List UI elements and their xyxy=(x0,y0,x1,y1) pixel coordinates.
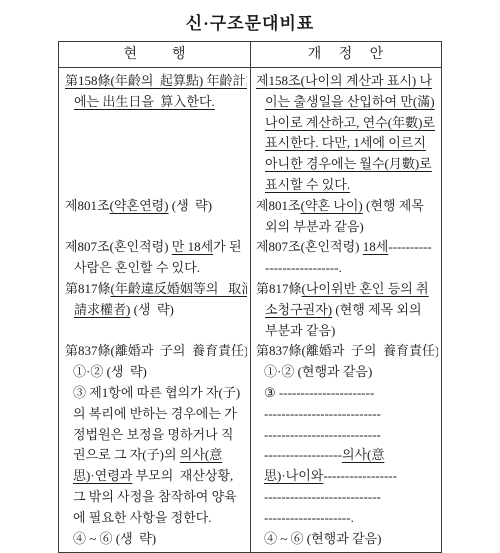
text-segment: 제807조(혼인적령) xyxy=(256,239,363,254)
paragraph: 第837條(離婚과 子의 養育責任) xyxy=(65,341,247,362)
cell-revised: 제807조(혼인적령) 18세---------- --------------… xyxy=(250,237,441,279)
text-segment: 第817條 xyxy=(256,281,302,296)
cell-revised: 제801조(약혼 나이) (현행 제목 외의 부분과 같음) xyxy=(250,196,441,238)
paragraph: 제807조(혼인적령) 18세---------- --------------… xyxy=(256,237,438,279)
cell-current: 제801조(약혼연령) (생 략) xyxy=(59,196,250,238)
paragraph: ③ ---------------------- ---------------… xyxy=(256,383,438,529)
paragraph: ①·② (생 략) xyxy=(65,362,247,383)
paragraph: 제801조(약혼연령) (생 략) xyxy=(65,196,247,217)
column-divider xyxy=(250,42,251,552)
text-segment: ①·② (생 략) xyxy=(73,364,147,379)
text-segment: (생 략) xyxy=(130,302,174,317)
text-segment: 제807조(혼인적령) xyxy=(65,239,172,254)
text-segment: ④ ~ ⑥ (생 략) xyxy=(73,531,156,546)
cell-revised: 第817條(나이위반 혼인 등의 취 소청구권자) (현행 제목 외의 부분과 … xyxy=(250,279,441,341)
paragraph: 第837條(離婚과 子의 養育責任) xyxy=(256,341,438,362)
underlined-text: (약혼연령) xyxy=(110,198,169,213)
text-segment: ①·② (현행과 같음) xyxy=(264,364,372,379)
underlined-text: 만 18세 xyxy=(172,239,213,254)
paragraph: 제158조(나이의 계산과 표시) 나 이는 출생일을 산입하여 만(滿) 나이… xyxy=(256,71,438,196)
text-segment: (생 략) xyxy=(169,198,213,213)
cell-current: 第837條(離婚과 子의 養育責任)①·② (생 략)③ 제1항에 따른 협의가… xyxy=(59,341,250,549)
paragraph: ③ 제1항에 따른 협의가 자(子) 의 복리에 반하는 경우에는 가 정법원은… xyxy=(65,383,247,529)
underlined-text: 제158조(나이의 계산과 표시) 나 이는 출생일을 산입하여 만(滿) 나이… xyxy=(256,73,435,192)
text-segment: ④ ~ ⑥ (현행과 같음) xyxy=(264,531,381,546)
text-segment: 제801조 xyxy=(65,198,110,213)
paragraph: 제807조(혼인적령) 만 18세가 된 사람은 혼인할 수 있다. xyxy=(65,237,247,279)
paragraph: ①·② (현행과 같음) xyxy=(256,362,438,383)
cell-revised: 제158조(나이의 계산과 표시) 나 이는 출생일을 산입하여 만(滿) 나이… xyxy=(250,71,441,196)
paragraph: 第817條(나이위반 혼인 등의 취 소청구권자) (현행 제목 외의 부분과 … xyxy=(256,279,438,341)
paragraph: 제801조(약혼 나이) (현행 제목 외의 부분과 같음) xyxy=(256,196,438,238)
column-header-revised: 개 정 안 xyxy=(250,42,441,67)
cell-current: 第158條(年齡의 起算點) 年齡計算 에는 出生日을 算入한다. xyxy=(59,71,250,196)
underlined-text: 18세 xyxy=(363,239,389,254)
paragraph: 第817條(年齡違反婚姻等의 取消 請求權者) (생 략) xyxy=(65,279,247,321)
text-segment: 第837條(離婚과 子의 養育責任) xyxy=(65,343,247,358)
cell-revised: 第837條(離婚과 子의 養育責任)①·② (현행과 같음)③ --------… xyxy=(250,341,441,549)
comparison-table: 현 행 개 정 안 第158條(年齡의 起算點) 年齡計算 에는 出生日을 算入… xyxy=(58,41,442,553)
cell-current: 第817條(年齡違反婚姻等의 取消 請求權者) (생 략) xyxy=(59,279,250,341)
column-header-current: 현 행 xyxy=(59,42,250,67)
underlined-text: 第158條(年齡의 起算點) 年齡計算 에는 出生日을 算入한다. xyxy=(65,73,247,109)
page-title: 신·구조문대비표 xyxy=(0,9,500,34)
text-segment: 第837條(離婚과 子의 養育責任) xyxy=(256,343,438,358)
paragraph: ④ ~ ⑥ (생 략) xyxy=(65,529,247,550)
paragraph: 第158條(年齡의 起算點) 年齡計算 에는 出生日을 算入한다. xyxy=(65,71,247,113)
text-segment: 第817條 xyxy=(65,281,111,296)
paragraph: ④ ~ ⑥ (현행과 같음) xyxy=(256,529,438,550)
cell-current: 제807조(혼인적령) 만 18세가 된 사람은 혼인할 수 있다. xyxy=(59,237,250,279)
text-segment: 제801조 xyxy=(256,198,301,213)
underlined-text: (약혼 나이) xyxy=(301,198,363,213)
